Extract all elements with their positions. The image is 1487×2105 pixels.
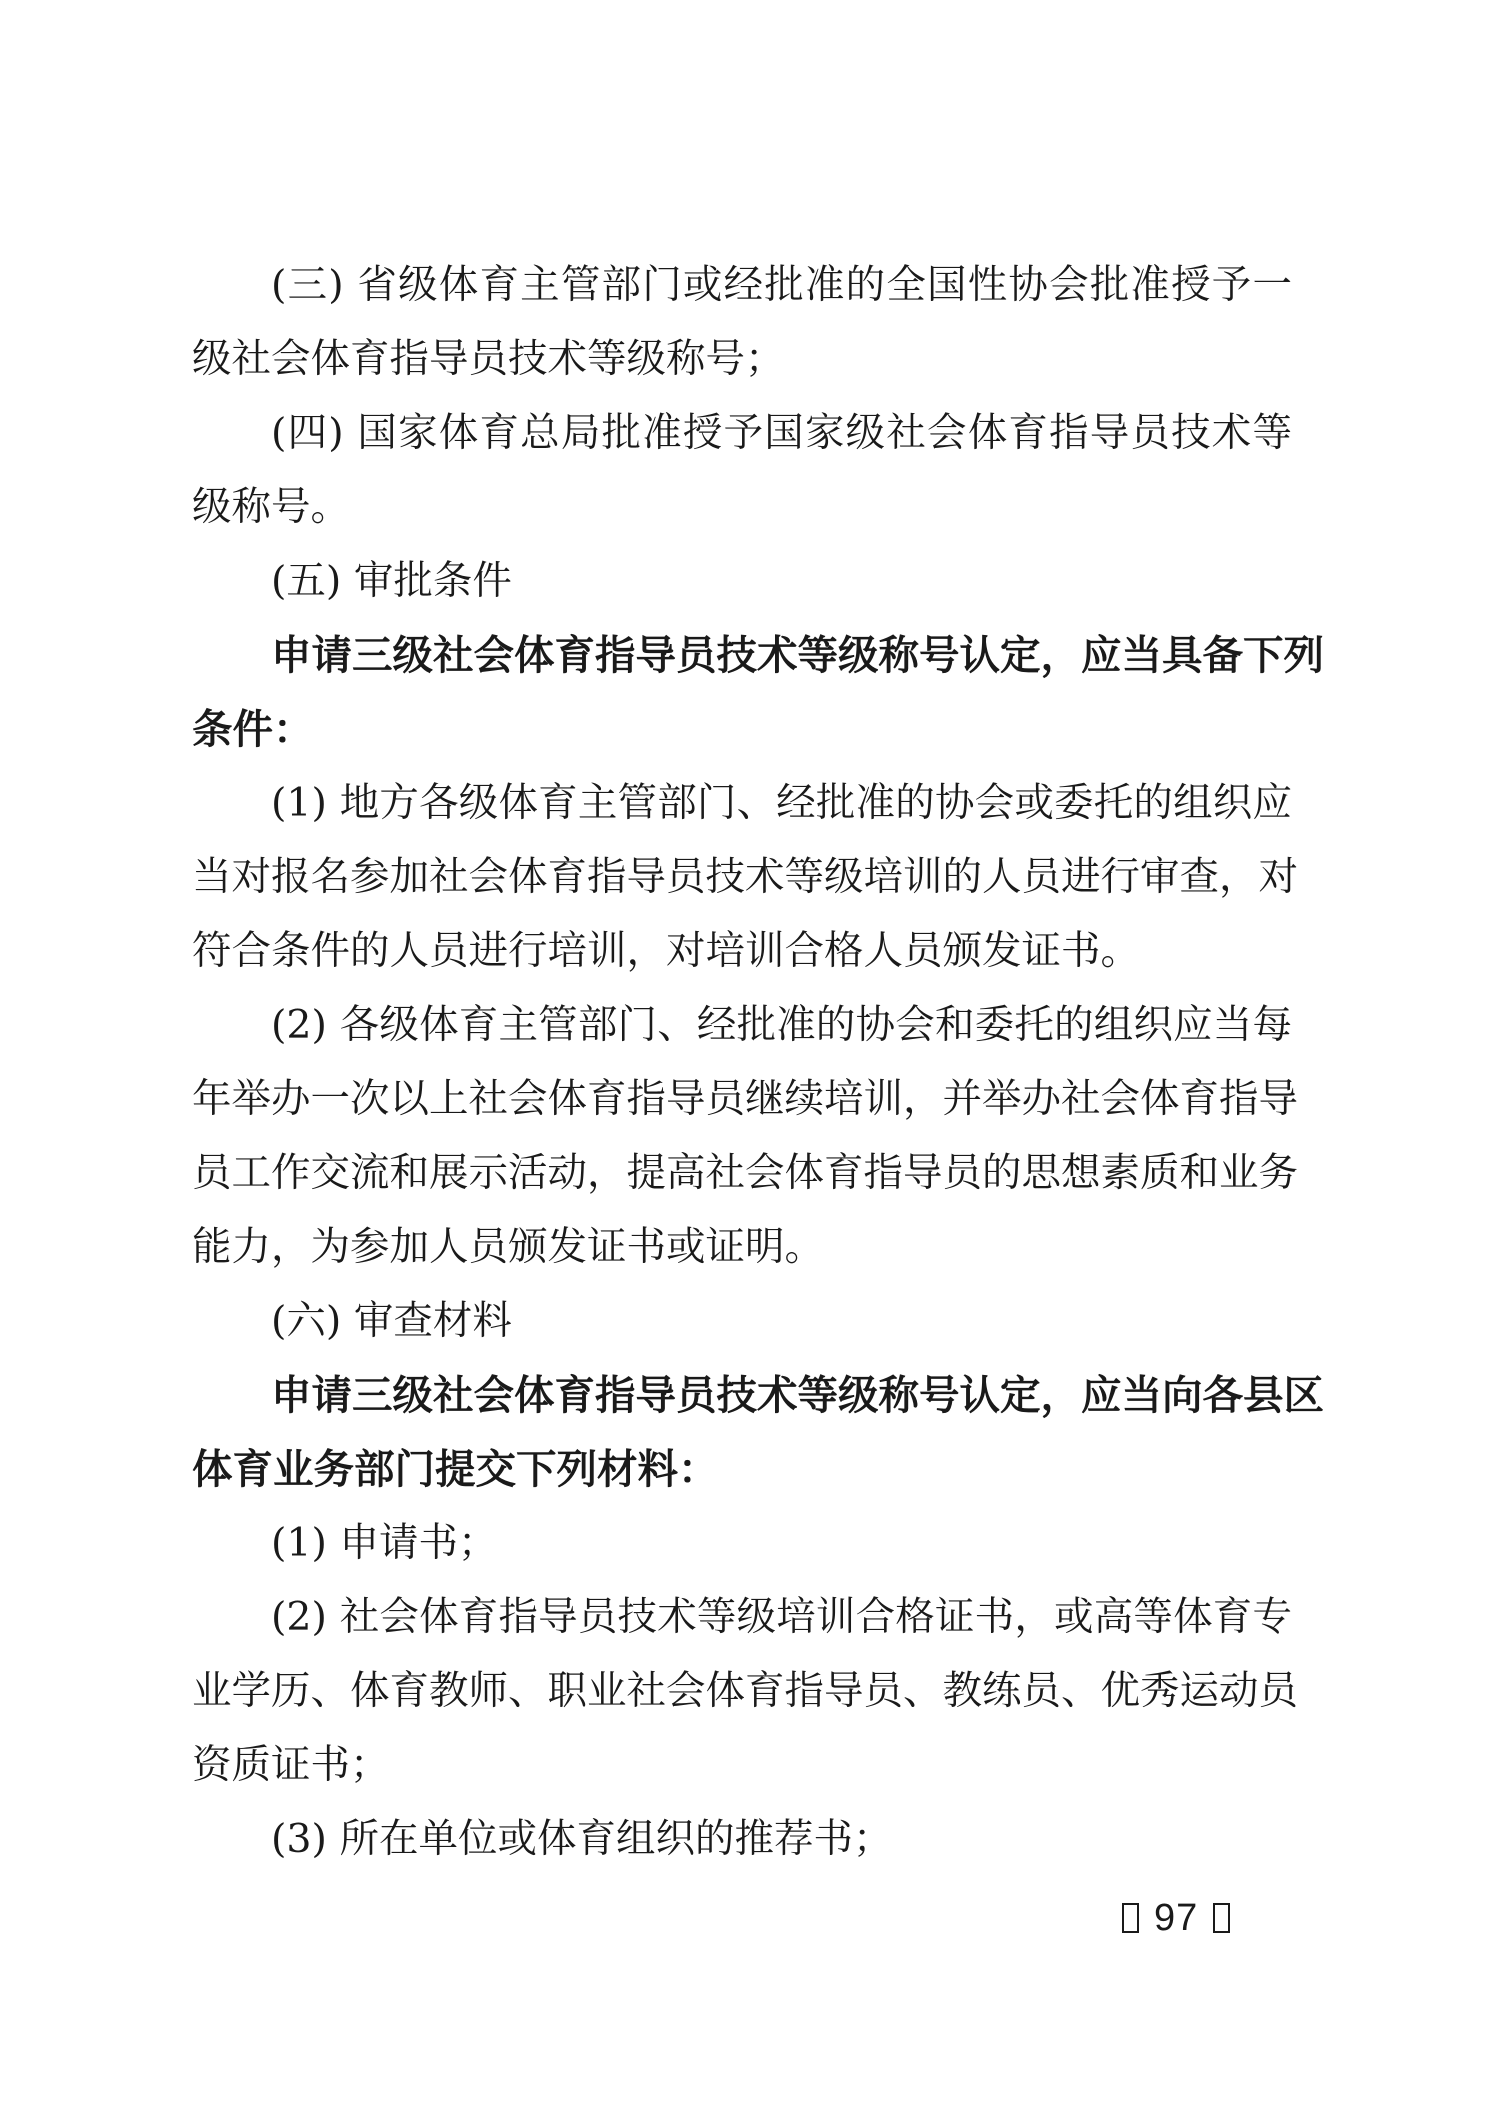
document-page: { "page": { "background": "#ffffff", "te… [0,0,1487,2105]
text-line: 能力，为参加人员颁发证书或证明。 [192,1210,1292,1284]
text-line: 条件： [192,692,1292,766]
text-line: (五) 审批条件 [192,544,1292,618]
text-line: (三) 省级体育主管部门或经批准的全国性协会批准授予一 [192,248,1292,322]
text-line: 员工作交流和展示活动，提高社会体育指导员的思想素质和业务 [192,1136,1292,1210]
text-line: (1) 申请书； [192,1506,1292,1580]
text-line: (四) 国家体育总局批准授予国家级社会体育指导员技术等 [192,396,1292,470]
missing-glyph-box [1122,1903,1139,1933]
text-line: (1) 地方各级体育主管部门、经批准的协会或委托的组织应 [192,766,1292,840]
text-line: (3) 所在单位或体育组织的推荐书； [192,1802,1292,1876]
text-line: (2) 社会体育指导员技术等级培训合格证书，或高等体育专 [192,1580,1292,1654]
text-line: 资质证书； [192,1728,1292,1802]
text-line: 体育业务部门提交下列材料： [192,1432,1292,1506]
text-line: 级社会体育指导员技术等级称号； [192,322,1292,396]
page-number: 97 [1154,1899,1198,1937]
text-line: 申请三级社会体育指导员技术等级称号认定，应当向各县区 [192,1358,1292,1432]
document-body: (三) 省级体育主管部门或经批准的全国性协会批准授予一级社会体育指导员技术等级称… [192,248,1292,1876]
page-footer: 97 [1122,1899,1230,1937]
text-line: 业学历、体育教师、职业社会体育指导员、教练员、优秀运动员 [192,1654,1292,1728]
text-line: (六) 审查材料 [192,1284,1292,1358]
text-line: 符合条件的人员进行培训，对培训合格人员颁发证书。 [192,914,1292,988]
text-line: 级称号。 [192,470,1292,544]
missing-glyph-box [1213,1903,1230,1933]
text-line: 申请三级社会体育指导员技术等级称号认定，应当具备下列 [192,618,1292,692]
text-line: 当对报名参加社会体育指导员技术等级培训的人员进行审查，对 [192,840,1292,914]
text-line: 年举办一次以上社会体育指导员继续培训，并举办社会体育指导 [192,1062,1292,1136]
text-line: (2) 各级体育主管部门、经批准的协会和委托的组织应当每 [192,988,1292,1062]
